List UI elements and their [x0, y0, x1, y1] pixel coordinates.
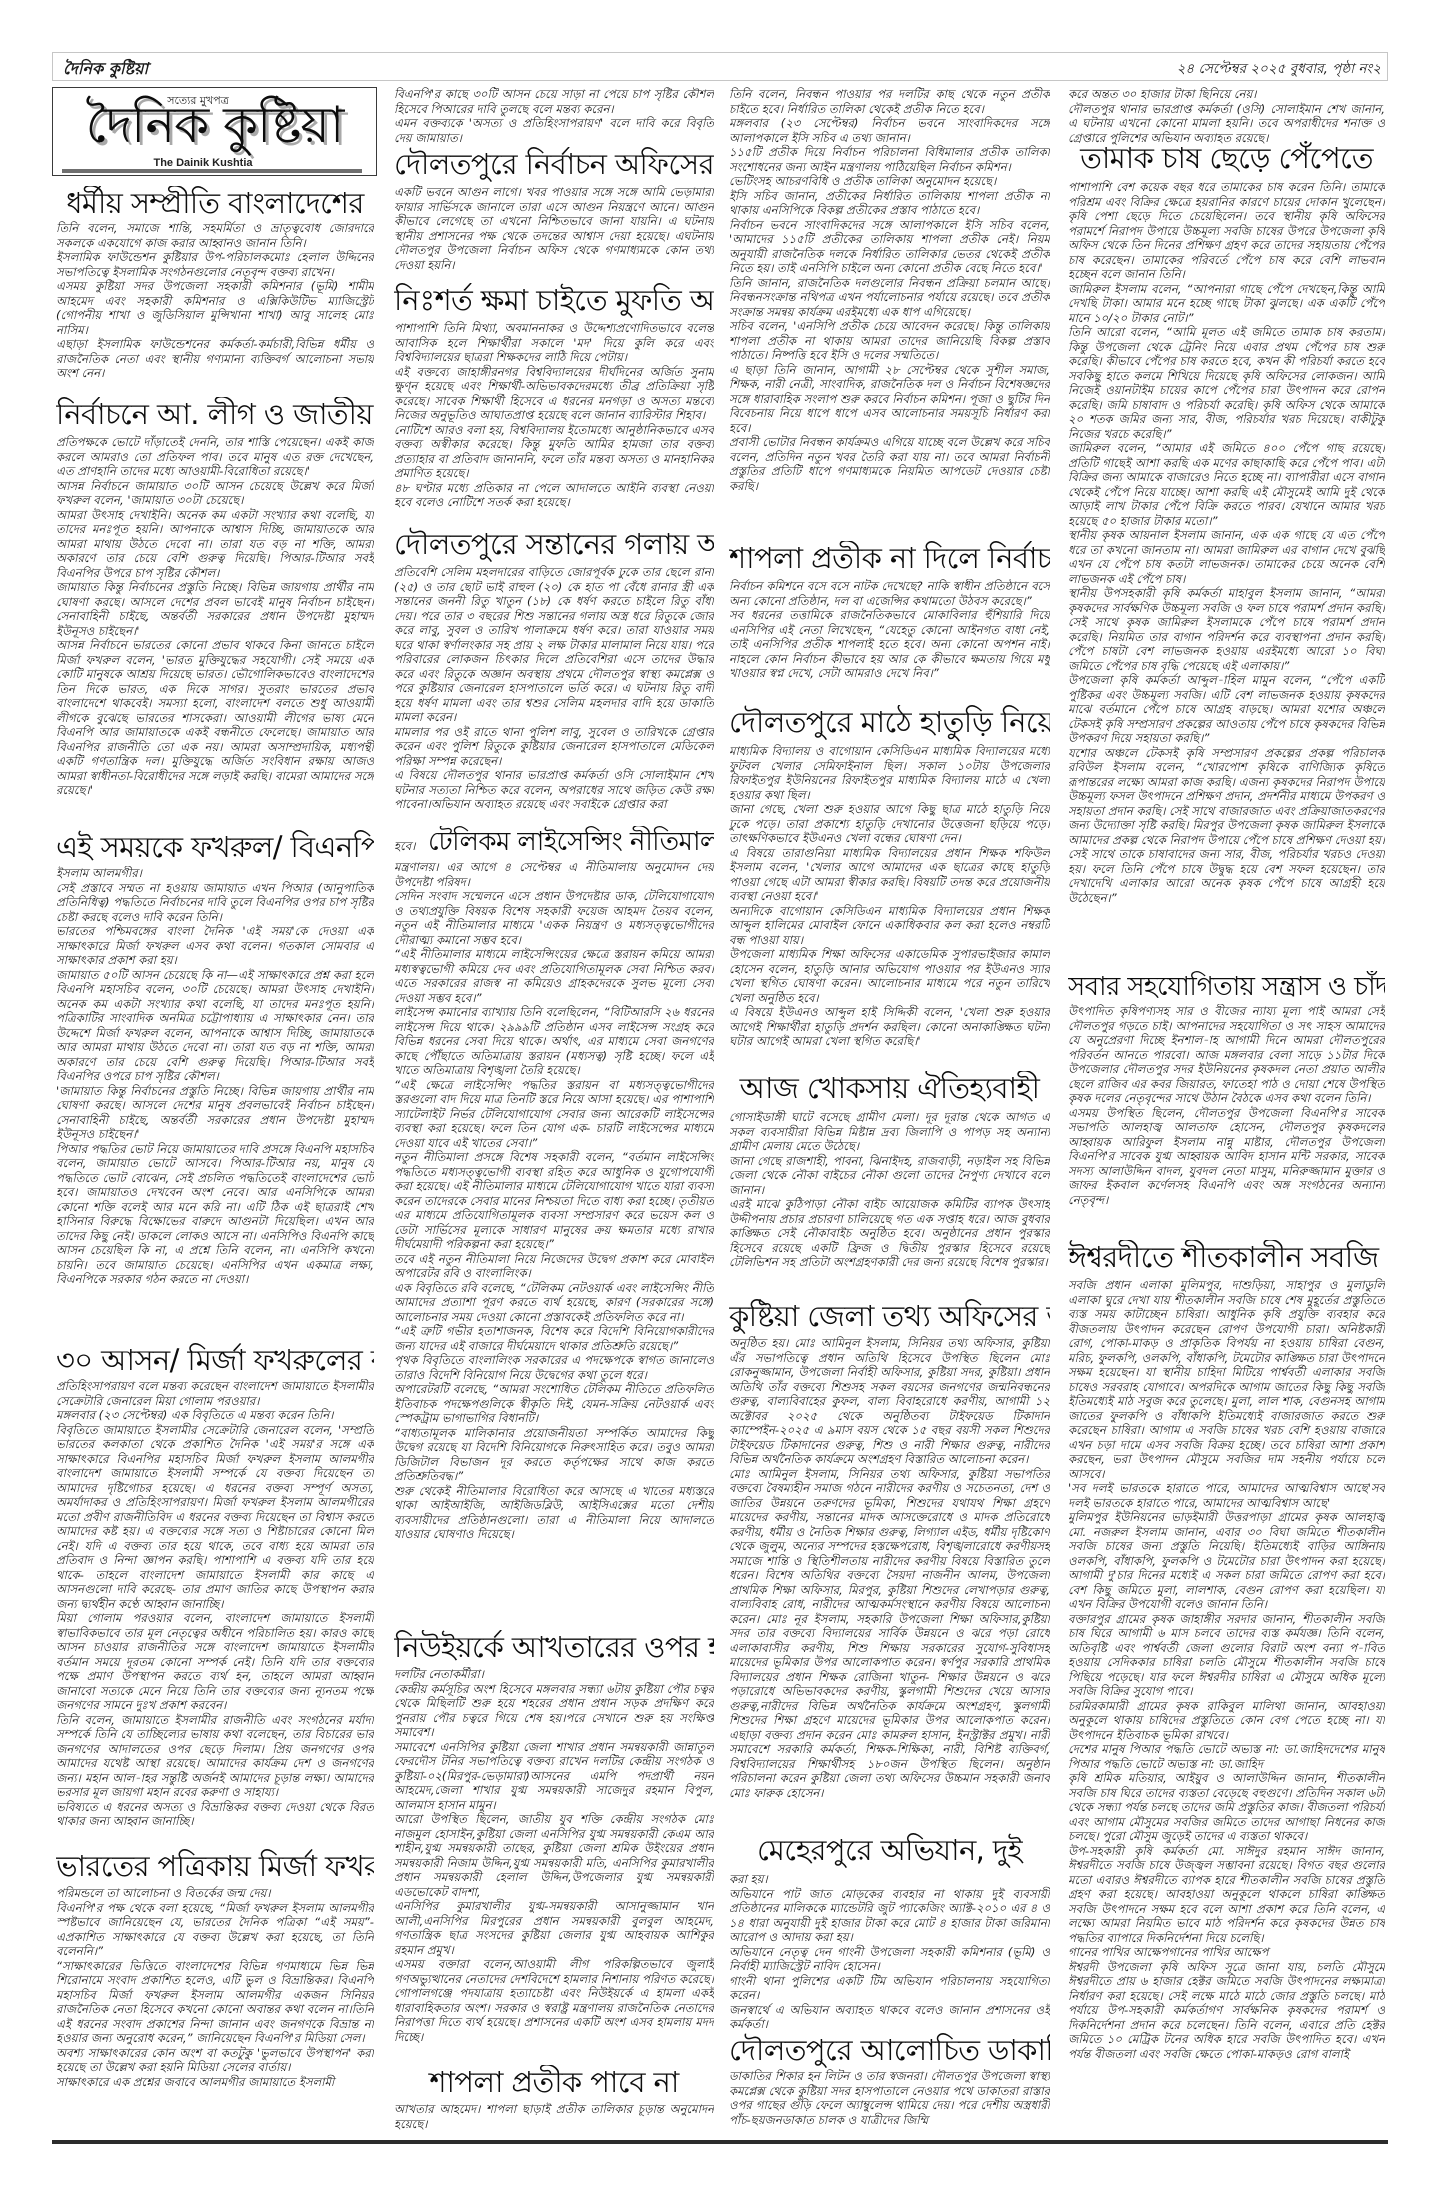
- headline: ঈশ্বরদীতে শীতকালীন সবজি চাষে: [1068, 1240, 1385, 1277]
- article-body: মন্ত্রণালয়। এর আগে ৪ সেপ্টেম্বর এ নীতিম…: [394, 860, 714, 1630]
- headline: এই সময়কে ফখরুল/ বিএনপির কাছে: [56, 830, 374, 865]
- masthead-english-title: The Dainik Kushtia: [53, 157, 353, 169]
- headline: সবার সহযোগিতায় সন্ত্রাস ও চাঁদাবাজমুক্ত: [1068, 971, 1385, 1004]
- article-body: প্রতিপক্ষকে ভোটে দাঁড়াতেই দেননি, তার শা…: [56, 435, 374, 830]
- article-body: করা হয়। অভিযানে পাট জাত মোড়কের ব্যবহার…: [729, 1872, 1050, 2032]
- article-body: পাশাপাশি বেশ কয়েক বছর ধরে তামাকের চাষ ক…: [1068, 180, 1385, 972]
- headline: তামাক চাষ ছেড়ে পেঁপেতে: [1068, 141, 1385, 179]
- article-body: ইসলাম আলমগীর। সেই প্রস্তাবে সম্মত না হওয…: [56, 866, 374, 1344]
- header-date-page: ২৪ সেপ্টেম্বর ২০২৫ বুধবার, পৃষ্ঠা নং২: [1177, 58, 1381, 81]
- headline: নিঃশর্ত ক্ষমা চাইতে মুফতি আমির: [394, 283, 714, 320]
- headline: শাপলা প্রতীক পাবে না: [394, 2065, 714, 2102]
- masthead-underline: [62, 169, 362, 173]
- article-body: বিএনপি'র কাছে ৩০টি আসন চেয়ে সাড়া না পে…: [394, 87, 714, 146]
- headline: দৌলতপুরে আলোচিত ডাকাতির কবলে: [729, 2033, 1050, 2069]
- bottom-rule: [52, 2140, 1388, 2144]
- headline: মেহেরপুরে অভিযান, দুই: [729, 1833, 1050, 1871]
- masthead: সত্যের মুখপত্র দৈনিক কুষ্টিয়া The Daini…: [52, 87, 377, 176]
- headline: নির্বাচনে আ. লীগ ও জাতীয় পার্টির: [56, 397, 374, 433]
- headline-row: হবে। টেলিকম লাইসেন্সিং নীতিমালার গেজেট জ…: [394, 826, 714, 859]
- article-body: প্রতিবেশি সেলিম মহলদারের বাড়িতে জোরপূর্…: [394, 565, 714, 826]
- newspaper-page: দৈনিক কুষ্টিয়া ২৪ সেপ্টেম্বর ২০২৫ বুধবা…: [0, 0, 1440, 2211]
- article-body: সবজি প্রধান এলাকা মুলিমপুর, দাশুড়িয়া, …: [1068, 1278, 1385, 2130]
- article-body: মাধ্যমিক বিদ্যালয় ও বাগোয়ান কেসিডিএন ম…: [729, 744, 1050, 1071]
- headline: শাপলা প্রতীক না দিলে নির্বাচন: [729, 541, 1050, 578]
- headline: ধর্মীয় সম্প্রীতি বাংলাদেশের: [56, 186, 374, 220]
- headline: দৌলতপুরে নির্বাচন অফিসের: [394, 147, 714, 184]
- headline: আজ খোকসায় ঐতিহ্যবাহী: [729, 1071, 1050, 1109]
- headline: ভারতের পত্রিকায় মির্জা ফখরুলের: [56, 1849, 374, 1885]
- article-body: করে অন্তত ৩০ হাজার টাকা ছিনিয়ে নেয়। দৌ…: [1068, 87, 1385, 146]
- headline: ৩০ আসন/ মির্জা ফখরুলের বক্তব্য অসত্য: [56, 1343, 374, 1378]
- headline: দৌলতপুরে সন্তানের গলায় অস্ত্র: [394, 527, 714, 564]
- article-body: দলটির নেতাকর্মীরা। কেন্দ্রীয় কর্মসূচির …: [394, 1667, 714, 2067]
- article-body: একটি ভবনে আগুন লাগে। খবর পাওয়ার সঙ্গে স…: [394, 185, 714, 281]
- article-body: প্রতিহিংসাপরায়ণ বলে মন্তব্য করেছেন বাংল…: [56, 1379, 374, 1849]
- headline: নিউইয়র্কে আখতারের ওপর হামলার: [394, 1630, 714, 1666]
- running-header: দৈনিক কুষ্টিয়া ২৪ সেপ্টেম্বর ২০২৫ বুধবা…: [52, 52, 1388, 81]
- headline: টেলিকম লাইসেন্সিং নীতিমালার গেজেট জারি: [428, 826, 714, 859]
- header-paper-name: দৈনিক কুষ্টিয়া: [63, 56, 148, 83]
- headline: কুষ্টিয়া জেলা তথ্য অফিসের আয়োজনে: [729, 1299, 1050, 1335]
- article-body: তিনি বলেন, নিবন্ধন পাওয়ার পর দলটির কাছ …: [729, 87, 1050, 539]
- masthead-title: দৈনিক কুষ্টিয়া: [53, 96, 376, 154]
- article-body: পরিমন্ডলে তা আলোচনা ও বিতর্কের জন্ম দেয়…: [56, 1886, 374, 2122]
- article-body: উৎপাদিত কৃষিপণ্যসহ সার ও বীজের ন্যায্য ম…: [1068, 1004, 1385, 1239]
- article-body-tail: হবে।: [394, 838, 415, 857]
- article-body: অনুষ্ঠিত হয়। মোঃ আমিনুল ইসলাম, সিনিয়র …: [729, 1336, 1050, 1833]
- headline: দৌলতপুরে মাঠে হাতুড়ি নিয়ে শিক্ষার্থী: [729, 705, 1050, 743]
- article-body: তিনি বলেন, সমাজে শান্তি, সহমর্মিতা ও ভ্র…: [56, 221, 374, 396]
- article-body: ডাকাতির শিকার হন লিটন ও তার স্বজনরা। দৌল…: [729, 2069, 1050, 2129]
- article-body: আখতার আহমেদ। শাপলা ছাড়াই প্রতীক তালিকার…: [394, 2102, 714, 2132]
- article-body: নির্বাচন কমিশনে বসে বসে নাটক দেখেছে? নাক…: [729, 579, 1050, 705]
- article-body: গোসাইডাঙ্গী ঘাটে বসেছে গ্রামীণ মেলা। দূর…: [729, 1110, 1050, 1300]
- article-body: পাশাপাশি তিনি মিথ্যা, অবমাননাকর ও উদ্দেশ…: [394, 321, 714, 524]
